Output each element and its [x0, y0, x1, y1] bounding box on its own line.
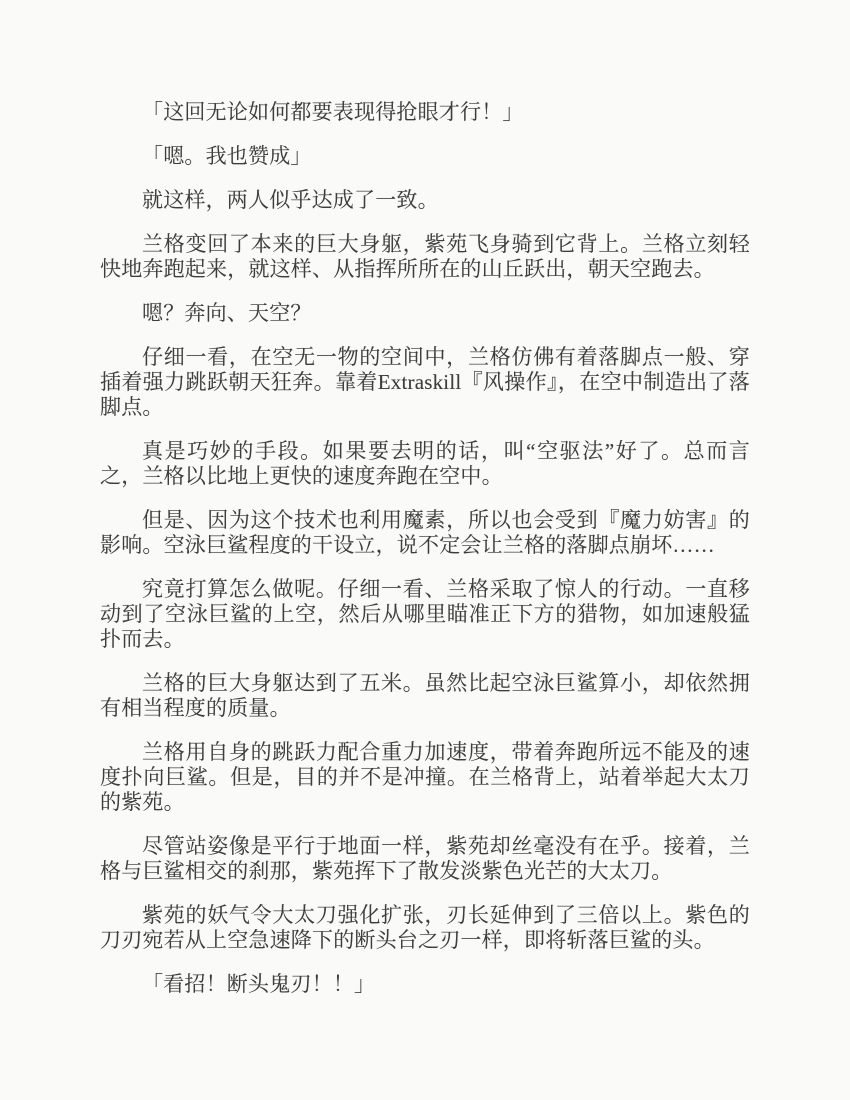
novel-text-body: 「这回无论如何都要表现得抢眼才行！」 「嗯。我也赞成」 就这样，两人似乎达成了一… [100, 100, 750, 997]
page: 「这回无论如何都要表现得抢眼才行！」 「嗯。我也赞成」 就这样，两人似乎达成了一… [0, 0, 850, 1100]
paragraph: 兰格变回了本来的巨大身躯，紫苑飞身骑到它背上。兰格立刻轻快地奔跑起来，就这样、从… [100, 232, 750, 282]
paragraph: 但是、因为这个技术也利用魔素，所以也会受到『魔力妨害』的影响。空泳巨鲨程度的干设… [100, 508, 750, 558]
paragraph: 紫苑的妖气令大太刀强化扩张，刃长延伸到了三倍以上。紫色的刀刃宛若从上空急速降下的… [100, 903, 750, 953]
paragraph: 究竟打算怎么做呢。仔细一看、兰格采取了惊人的行动。一直移动到了空泳巨鲨的上空，然… [100, 577, 750, 652]
paragraph: 嗯？奔向、天空？ [100, 301, 750, 326]
paragraph: 仔细一看，在空无一物的空间中，兰格仿佛有着落脚点一般、穿插着强力跳跃朝天狂奔。靠… [100, 345, 750, 420]
paragraph: 真是巧妙的手段。如果要去明的话，叫“空驱法”好了。总而言之，兰格以比地上更快的速… [100, 439, 750, 489]
paragraph: 兰格的巨大身躯达到了五米。虽然比起空泳巨鲨算小，却依然拥有相当程度的质量。 [100, 671, 750, 721]
dialogue-line: 「这回无论如何都要表现得抢眼才行！」 [100, 100, 750, 125]
dialogue-line: 「看招！断头鬼刃！！」 [100, 972, 750, 997]
paragraph: 兰格用自身的跳跃力配合重力加速度，带着奔跑所远不能及的速度扑向巨鲨。但是，目的并… [100, 740, 750, 815]
dialogue-line: 「嗯。我也赞成」 [100, 144, 750, 169]
paragraph: 就这样，两人似乎达成了一致。 [100, 188, 750, 213]
paragraph: 尽管站姿像是平行于地面一样，紫苑却丝毫没有在乎。接着，兰格与巨鲨相交的刹那，紫苑… [100, 834, 750, 884]
